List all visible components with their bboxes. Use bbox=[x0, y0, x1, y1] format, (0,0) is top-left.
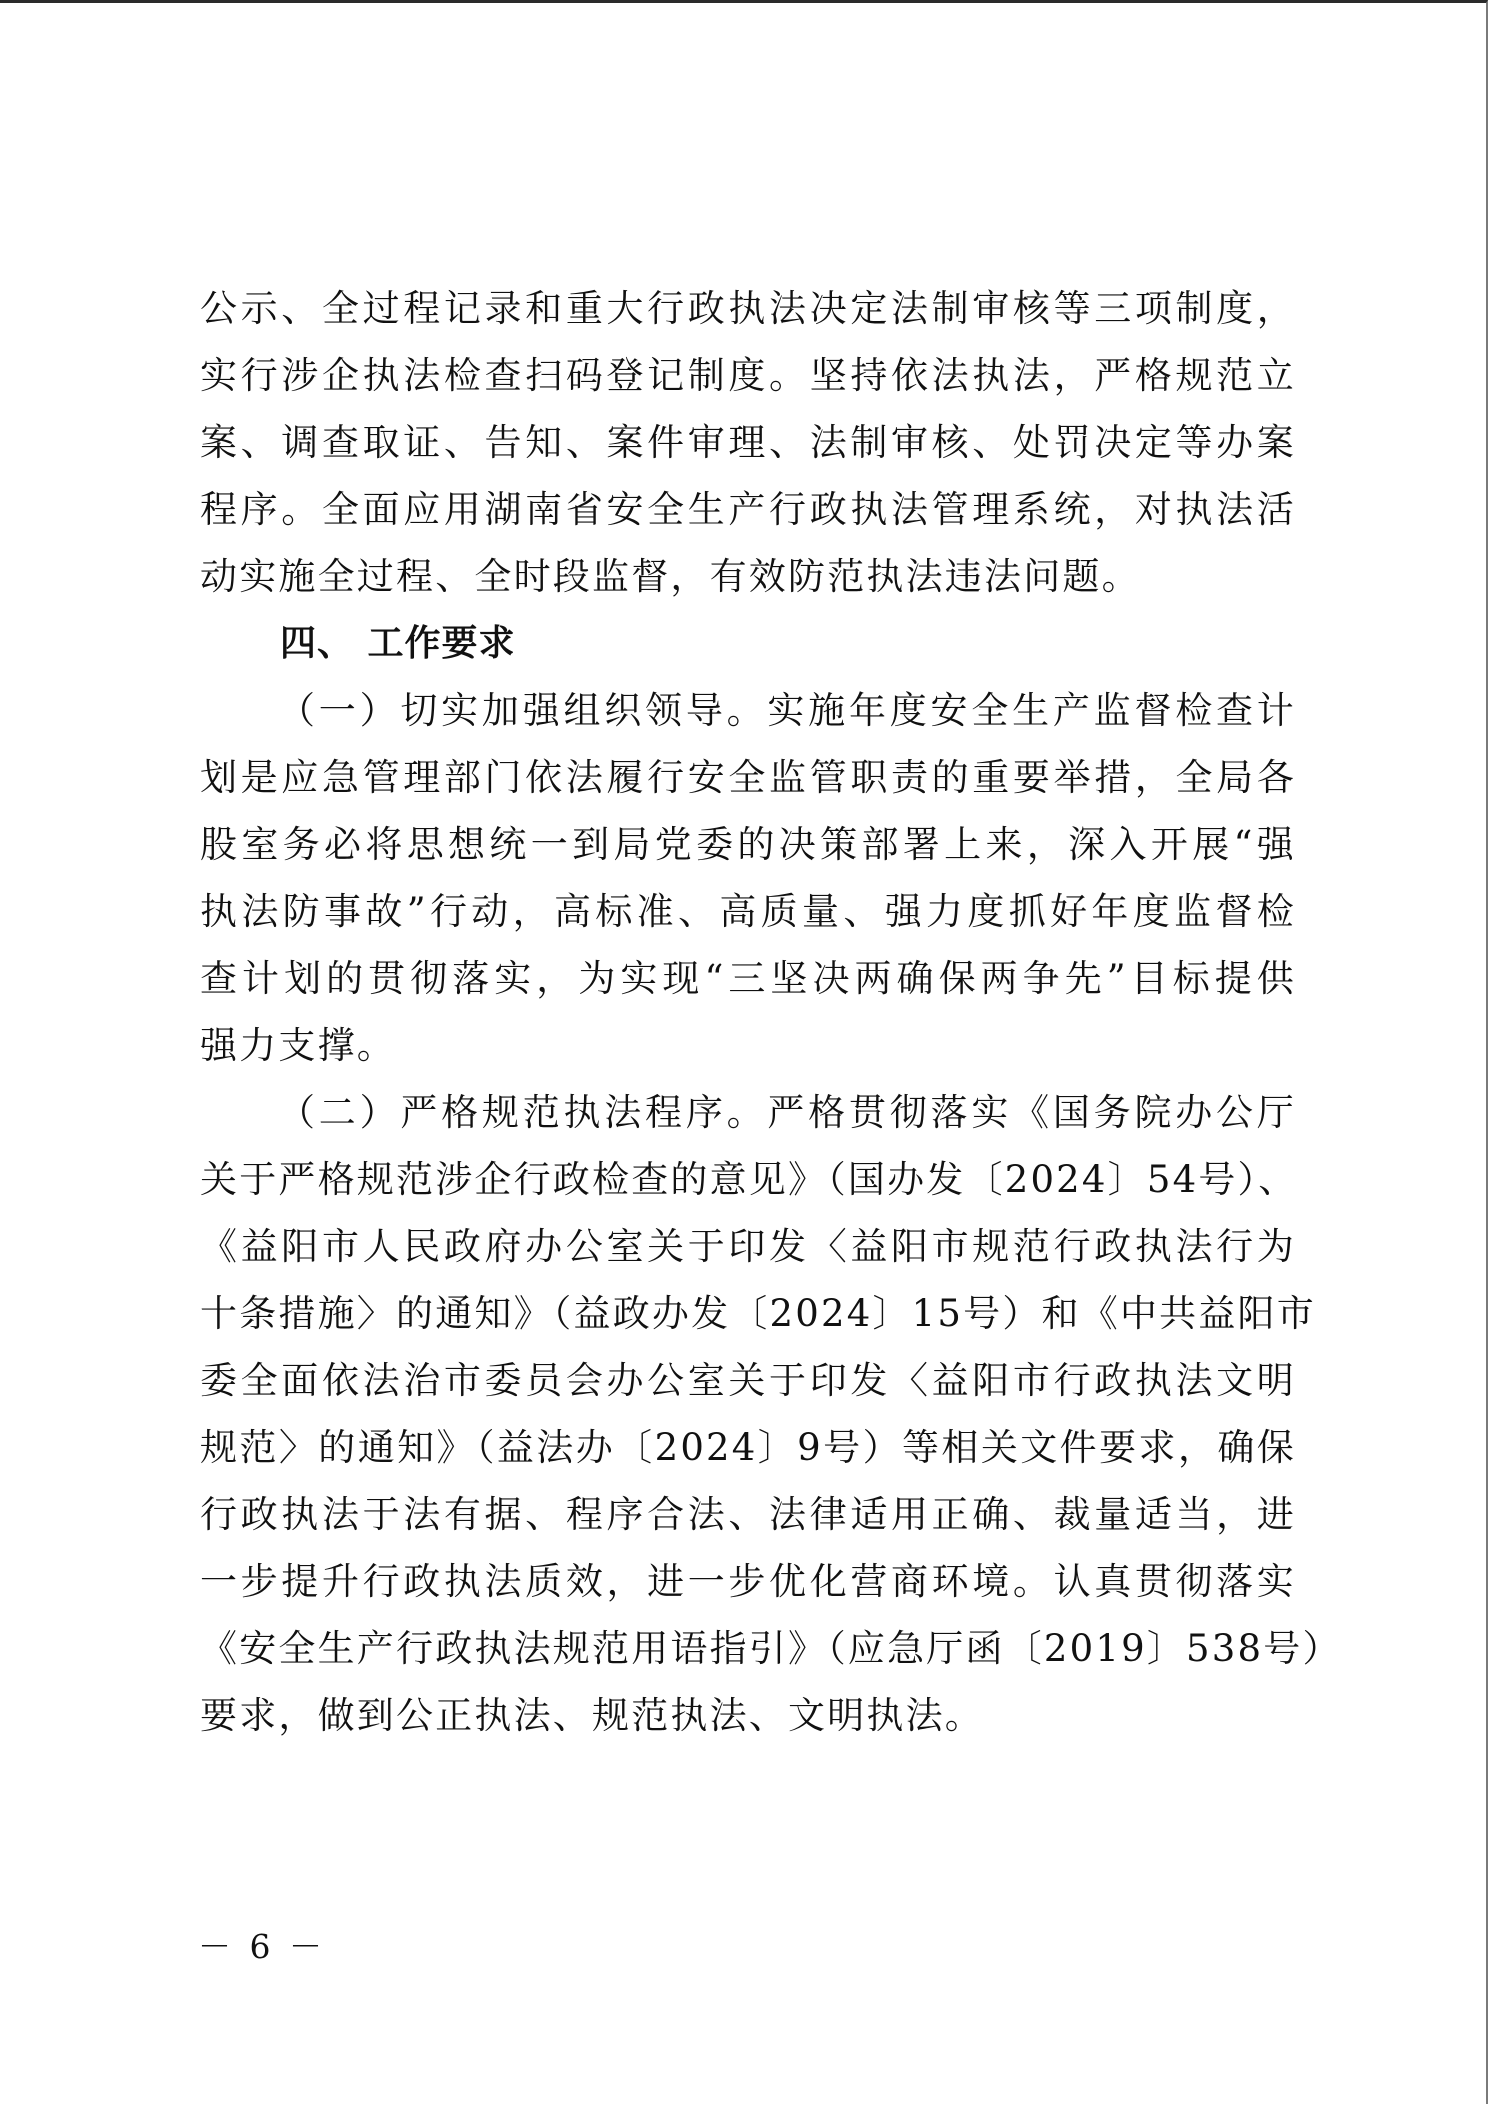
text-line: 公示、全过程记录和重大行政执法决定法制审核等三项制度， bbox=[200, 275, 1296, 342]
text-line: 委全面依法治市委员会办公室关于印发〈益阳市行政执法文明 bbox=[200, 1347, 1296, 1414]
text-line: （一）切实加强组织领导。实施年度安全生产监督检查计 bbox=[200, 677, 1296, 744]
text-line: （二）严格规范执法程序。严格贯彻落实《国务院办公厅 bbox=[200, 1079, 1296, 1146]
text-line: 《安全生产行政执法规范用语指引》（应急厅函〔2019〕538号） bbox=[200, 1615, 1296, 1682]
page-number: － 6 － bbox=[198, 1921, 326, 1968]
text-line: 执法防事故”行动，高标准、高质量、强力度抓好年度监督检 bbox=[200, 878, 1296, 945]
section-heading: 四、 工作要求 bbox=[200, 610, 1296, 677]
text-line: 程序。全面应用湖南省安全生产行政执法管理系统，对执法活 bbox=[200, 476, 1296, 543]
document-body: 公示、全过程记录和重大行政执法决定法制审核等三项制度， 实行涉企执法检查扫码登记… bbox=[200, 275, 1296, 1749]
text-line: 关于严格规范涉企行政检查的意见》（国办发〔2024〕54号）、 bbox=[200, 1146, 1296, 1213]
text-line: 十条措施〉的通知》（益政办发〔2024〕15号）和《中共益阳市 bbox=[200, 1280, 1296, 1347]
document-page: 公示、全过程记录和重大行政执法决定法制审核等三项制度， 实行涉企执法检查扫码登记… bbox=[0, 0, 1488, 2104]
text-line: 划是应急管理部门依法履行安全监管职责的重要举措，全局各 bbox=[200, 744, 1296, 811]
paragraph-continued: 公示、全过程记录和重大行政执法决定法制审核等三项制度， 实行涉企执法检查扫码登记… bbox=[200, 275, 1296, 610]
text-line: 案、调查取证、告知、案件审理、法制审核、处罚决定等办案 bbox=[200, 409, 1296, 476]
text-line: 《益阳市人民政府办公室关于印发〈益阳市规范行政执法行为 bbox=[200, 1213, 1296, 1280]
text-line: 规范〉的通知》（益法办〔2024〕9号）等相关文件要求，确保 bbox=[200, 1414, 1296, 1481]
text-line: 行政执法于法有据、程序合法、法律适用正确、裁量适当，进 bbox=[200, 1481, 1296, 1548]
text-line: 要求，做到公正执法、规范执法、文明执法。 bbox=[200, 1682, 1296, 1749]
text-line: 查计划的贯彻落实，为实现“三坚决两确保两争先”目标提供 bbox=[200, 945, 1296, 1012]
paragraph-organizational-leadership: （一）切实加强组织领导。实施年度安全生产监督检查计 划是应急管理部门依法履行安全… bbox=[200, 677, 1296, 1079]
text-line: 一步提升行政执法质效，进一步优化营商环境。认真贯彻落实 bbox=[200, 1548, 1296, 1615]
section-heading-text: 四、 工作要求 bbox=[200, 610, 1296, 677]
text-line: 实行涉企执法检查扫码登记制度。坚持依法执法，严格规范立 bbox=[200, 342, 1296, 409]
text-line: 股室务必将思想统一到局党委的决策部署上来，深入开展“强 bbox=[200, 811, 1296, 878]
text-line: 动实施全过程、全时段监督，有效防范执法违法问题。 bbox=[200, 543, 1296, 610]
text-line: 强力支撑。 bbox=[200, 1012, 1296, 1079]
paragraph-enforcement-procedure: （二）严格规范执法程序。严格贯彻落实《国务院办公厅 关于严格规范涉企行政检查的意… bbox=[200, 1079, 1296, 1749]
